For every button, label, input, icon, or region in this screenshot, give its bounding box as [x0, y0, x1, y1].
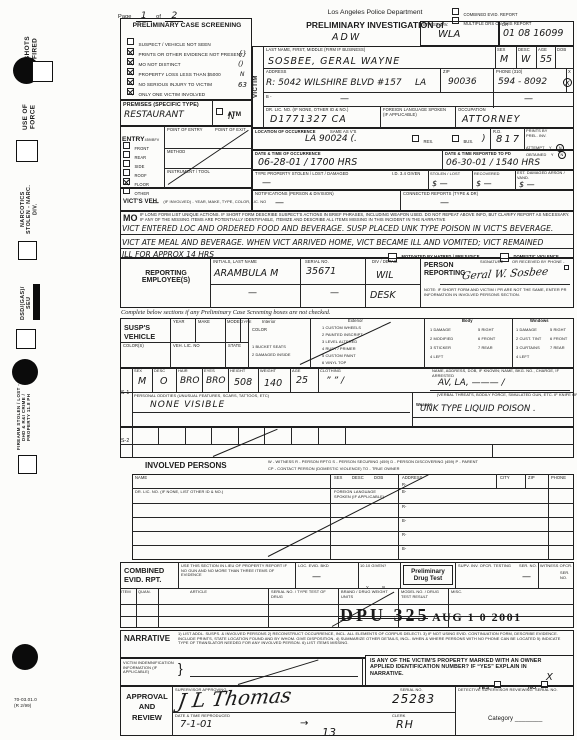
exterior-label: Exterior: [348, 319, 363, 324]
combined-evid-title: COMBINEDEVID. RPT.: [124, 567, 164, 585]
interior-label: Interior: [262, 320, 276, 325]
person-reporting-label: PERSONREPORTING: [424, 262, 466, 277]
mo-line2[interactable]: VICT ATE MEAL AND BEVERAGE. WHEN VICT AR…: [122, 238, 543, 247]
occupation-label: OCCUPATION: [458, 108, 486, 113]
susp-vehicle-label: SUSP'SVEHICLE: [124, 323, 168, 341]
witness-ofcr-label: WITNESS OFCR.: [540, 564, 572, 569]
x-col-mark: X: [563, 78, 572, 87]
connected-reports-label: CONNECTED REPORTS (TYPE & DR): [403, 192, 478, 197]
victim-section-label: VICTIM: [253, 58, 260, 116]
zip-label: ZIP: [443, 70, 450, 75]
mo-line1[interactable]: VICT ENTERED LOC AND ORDERED FOOD AND BE…: [122, 224, 553, 233]
reporting-label: REPORTINGEMPLOYEE(S): [124, 270, 208, 284]
language-label: FOREIGN LANGUAGE SPOKEN (IF APPLICABLE): [383, 108, 449, 118]
screening-item[interactable]: ONLY ONE VICTIM INVOLVED: [127, 83, 205, 101]
body-item: 2 MODIFIED: [430, 337, 453, 342]
narrative-title: NARRATIVE: [124, 634, 170, 643]
arrow-mark: →: [300, 718, 308, 729]
b-address-label: B -: [266, 95, 272, 100]
property-question: IS ANY OF THE VICTIM'S PROPERTY MARKED W…: [370, 658, 548, 677]
page-mark: 13: [322, 726, 336, 739]
interior-color-label: COLOR: [252, 328, 267, 333]
signature-label: SIGNATURE: [480, 260, 503, 265]
recovered-value[interactable]: $ —: [476, 179, 492, 188]
reporting-row2-div[interactable]: DESK: [370, 290, 396, 301]
reporting-row1-serial[interactable]: 35671: [306, 266, 336, 277]
inv-zip-label: ZIP: [528, 476, 535, 481]
firearm-checkbox[interactable]: [18, 455, 37, 474]
model-drug-label: MODEL NO. / DRUG TEST RESULT: [401, 590, 446, 599]
phone-label: PHONE (310): [496, 70, 522, 75]
s1-desc-label: DESC: [154, 369, 165, 374]
body-item: 3 STICKER: [430, 346, 451, 351]
interior-item: 1 BUCKET SEATS: [252, 345, 286, 350]
screening-note: Complete below sections if any Prelimina…: [121, 309, 331, 316]
reporting-row2-name[interactable]: —: [248, 288, 257, 298]
clerk-value[interactable]: RH: [396, 718, 414, 731]
checkbox-icon[interactable]: [127, 88, 134, 95]
windows-item: 6 FRONT: [550, 337, 567, 342]
detective-serial-label: SERIAL NO.: [535, 688, 558, 693]
article-label: ARTICLE: [190, 590, 207, 595]
notifications-label: NOTIFICATIONS (PERSON & DIVISION): [255, 192, 334, 197]
stolen-label: STOLEN / LOST: [430, 172, 460, 177]
police-report-form: SHOTS FIRED USE OF FORCE NARCOTICS STOLE…: [0, 0, 577, 740]
atm-value[interactable]: N: [228, 112, 235, 122]
shots-fired-checkbox[interactable]: [32, 61, 53, 82]
s1-age-label: AGE: [292, 369, 301, 374]
desc-label: DESC: [518, 48, 530, 53]
reporting-row1-div[interactable]: WIL: [376, 270, 394, 281]
dsd-black-bar: [33, 284, 40, 320]
inv-name-label: NAME: [135, 476, 147, 481]
reporting-row1-name[interactable]: ARAMBULA M: [214, 268, 278, 279]
inv-city-label: CITY: [500, 476, 510, 481]
combined-instructions: USE THIS SECTION IN LIEU OF PROPERTY REP…: [181, 564, 293, 578]
windows-item: 7 REAR: [550, 346, 565, 351]
received-by-phone-checkbox[interactable]: [564, 265, 569, 270]
mo-label: MO: [123, 213, 138, 223]
method-label: METHOD: [167, 150, 185, 155]
invest-div-value[interactable]: WLA: [438, 29, 460, 40]
body-item: 1 DAMAGE: [430, 328, 451, 333]
s1-name-label: NAME, ADDRESS, DOB, IF KNOWN; NAME, BKG.…: [432, 369, 572, 378]
s1-age-value[interactable]: 25: [296, 375, 308, 386]
s1-weight-value[interactable]: 140: [264, 378, 282, 389]
serial-drug-label: SERIAL NO. / TYPE TEST OF DRUG: [271, 590, 335, 599]
dob-label: DOB: [557, 48, 566, 53]
inv-drlic-label: DR. LIC. NO. (IF NONE, LIST OTHER ID & N…: [135, 490, 325, 495]
s1-label: S-1: [121, 390, 129, 396]
b-phone-value[interactable]: —: [524, 94, 533, 104]
date-reproduced-value[interactable]: 7-1-01: [180, 719, 213, 730]
ser-no-label: SER. NO.: [519, 564, 537, 569]
location-value[interactable]: LA 90024 (.: [305, 134, 357, 144]
reporting-row2-serial[interactable]: —: [330, 288, 339, 298]
sex-label: SEX: [497, 48, 506, 53]
loc-evid-label: LOC. EVID. BKD: [298, 564, 329, 569]
dr-lic-value[interactable]: D1771327 CA: [270, 114, 347, 125]
misc-label: MISC.: [451, 590, 462, 595]
address-value[interactable]: R: 5042 WILSHIRE BLVD #157: [266, 78, 402, 88]
s1-sex-value[interactable]: M: [138, 376, 146, 387]
narcotics-label: NARCOTICS STOLEN - NARC. DIV.: [20, 180, 39, 238]
exterior-item: 5 CUSTOM PAINT: [322, 354, 356, 359]
dsd-label: DSD/(GAS)/ SEU: [20, 282, 32, 324]
type-label: TYPE: [241, 320, 252, 325]
occupation-value[interactable]: ATTORNEY: [462, 114, 520, 125]
use-of-force-checkbox[interactable]: [16, 140, 38, 162]
div-detail-label: DIV / DETAIL: [372, 260, 397, 265]
reported-date-label: DATE & TIME REPORTED TO PD: [445, 152, 511, 157]
inv-dob-label: DOB: [374, 476, 383, 481]
s1-eyes-label: EYES: [204, 369, 215, 374]
veh-lic-label: VEH. LIC. NO: [173, 344, 200, 349]
body-item: 6 FRONT: [478, 337, 495, 342]
reporting-note: NOTE: IF SHORT FORM AND VICTIM / PR ARE …: [424, 288, 570, 297]
exterior-item: 6 VINYL TOP: [322, 361, 346, 366]
indemnification-label: VICTIM INDEMNIFICATION INFORMATION (IF A…: [123, 661, 175, 675]
item-label: ITEM: [121, 590, 131, 595]
desc-value[interactable]: W: [521, 54, 530, 65]
given-label: 10.10 GIVEN?: [360, 564, 386, 569]
body-item: 5 RIGHT: [478, 328, 494, 333]
exterior-item: 1 CUSTOM WHEELS: [322, 326, 361, 331]
property-type-value[interactable]: —: [262, 178, 271, 188]
sex-value[interactable]: M: [500, 54, 508, 65]
initials-label: INITIALS, LAST NAME: [213, 260, 257, 265]
inv-desc-label: DESC: [352, 476, 364, 481]
windows-item: 5 RIGHT: [550, 328, 566, 333]
checkbox-icon[interactable]: [452, 135, 459, 142]
involved-legend2: CP - CONTACT PERSON (DOMESTIC VIOLENCE) …: [268, 467, 568, 472]
ser-no2-label: SER. NO.: [560, 571, 577, 580]
bus-checkbox-row[interactable]: BUS.: [452, 130, 473, 148]
inv-r-prefix: R-: [402, 533, 407, 538]
approval-serial-value[interactable]: 25283: [392, 692, 435, 706]
divider: [263, 46, 264, 128]
state-label: STATE: [228, 344, 241, 349]
screening-mark: {}: [238, 50, 247, 58]
damaged-value[interactable]: $ —: [519, 180, 535, 189]
vict-veh-label: VICT'S VEH. (IF INVOLVED) - YEAR, MAKE, …: [123, 190, 266, 208]
dr-lic-label: DR. LIC. NO. (IF NONE, OTHER ID & NO.): [266, 108, 378, 113]
screening-mark: N: [240, 71, 245, 78]
form-number-value: 70-03.01.0: [14, 697, 37, 702]
s1-weight-label: WEIGHT: [260, 369, 276, 374]
inv-language-label: FOREIGN LANGUAGE SPOKEN (IF APPLICABLE): [334, 490, 394, 499]
s1-eyes-value[interactable]: BRO: [206, 376, 226, 386]
windows-item: 1 DAMAGE: [516, 328, 537, 333]
weapon-value[interactable]: UNK TYPE LIQUID POISON .: [420, 404, 536, 414]
received-by-phone-label: OR RECEIVED BY PHONE -: [512, 260, 565, 265]
dsd-checkbox[interactable]: [16, 329, 36, 349]
s1-height-label: HEIGHT: [230, 369, 245, 374]
s1-hair-value[interactable]: BRO: [180, 376, 200, 386]
phone-value[interactable]: 594 - 8092: [498, 77, 547, 87]
dr-value[interactable]: 01 08 16099: [503, 28, 563, 39]
x-col-label: X: [568, 70, 571, 75]
checkbox-icon[interactable]: [216, 108, 223, 115]
brace-glyph: }: [178, 660, 183, 676]
screening-mark: (): [238, 60, 243, 68]
firearm-label: FIREARM STOLEN / LOST - DHD & R&I CRIME …: [16, 382, 31, 452]
supv-label: SUPV. INV. OFCR. TESTING: [458, 564, 511, 569]
mo-instructions: IF LONG FORM LIST UNIQUE ACTIONS. IF SHO…: [140, 213, 570, 223]
notifications-value[interactable]: —: [275, 198, 284, 208]
recovered-label: RECOVERED: [474, 172, 500, 177]
address-label: ADDRESS: [266, 70, 287, 75]
no-mark: X: [546, 672, 553, 683]
rd-value[interactable]: 817: [496, 134, 521, 145]
inv-r-prefix: R-: [402, 505, 407, 510]
connected-reports-value[interactable]: —: [440, 198, 449, 208]
id-given-label: I.D. 3.4 GIVEN: [392, 172, 420, 177]
windows-item: 4 LEFT: [516, 355, 529, 360]
body-item: 4 LEFT: [430, 355, 443, 360]
loc-evid-value[interactable]: —: [312, 572, 321, 582]
screening-title: PRELIMINARY CASE SCREENING: [126, 22, 248, 30]
premises-label: PREMISES (SPECIFIC TYPE): [123, 102, 199, 108]
s1-height-value[interactable]: 508: [234, 377, 252, 388]
involved-title: INVOLVED PERSONS: [145, 461, 227, 470]
windows-item: 3 CURTAINS: [516, 346, 540, 351]
inv-b-prefix: B-: [402, 547, 406, 552]
address-city-value[interactable]: LA: [415, 78, 426, 88]
body-item: 7 REAR: [478, 346, 493, 351]
inv-b-prefix: B-: [402, 490, 406, 495]
crime-type-value: ADW: [332, 32, 361, 43]
point-of-entry-label: POINT OF ENTRY: [167, 128, 203, 133]
windows-label: Windows: [530, 319, 549, 324]
approval-title: APPROVALANDREVIEW: [124, 692, 170, 723]
quan-label: QUAN.: [138, 590, 151, 595]
stolen-value[interactable]: $ —: [432, 179, 448, 188]
s1-clothing-value[interactable]: ” ” /: [326, 376, 344, 386]
checkbox-icon[interactable]: [412, 135, 419, 142]
drug-test-label: PreliminaryDrug Test: [405, 568, 451, 583]
colors-label: COLOR(S): [123, 344, 144, 349]
inv-phone-label: PHONE: [551, 476, 566, 481]
s1-clothing-label: CLOTHING: [320, 369, 341, 374]
date-reproduced-label: DATE & TIME REPRODUCED: [175, 714, 230, 719]
detective-reviewing-label: DETECTIVE SUPERVISOR REVIEWING: [458, 688, 533, 693]
interior-item: 2 DAMAGED INSIDE: [252, 353, 291, 358]
body-label: Body: [462, 319, 473, 324]
department-name: Los Angeles Police Department: [290, 9, 460, 16]
zip-value[interactable]: 90036: [448, 77, 477, 87]
point-of-exit-label: POINT OF EXIT: [215, 128, 246, 133]
victim-name-label: LAST NAME, FIRST, MIDDLE (FIRM IF BUSINE…: [266, 48, 365, 53]
use-of-force-label: USE OF FORCE: [22, 96, 37, 138]
s1-oddities-label: PERSONAL ODDITIES (UNUSUAL FEATURES, SCA…: [134, 394, 269, 399]
margin-dot-icon: [12, 644, 38, 670]
involved-legend1: W - WITNESS R - PERSON RPTG S - PERSON S…: [268, 460, 568, 465]
occurrence-date-value[interactable]: 06-28-01 / 1700 HRS: [258, 157, 357, 168]
s1-name-value[interactable]: AV, LA, ——— /: [438, 378, 505, 388]
invest-div-label: INVEST. DIV.: [423, 23, 448, 28]
narcotics-checkbox[interactable]: [18, 241, 37, 260]
form-number: 70-03.01.0 (R 2/99): [14, 697, 54, 708]
s1-sex-label: SEX: [134, 369, 142, 374]
property-type-label: TYPE PROPERTY STOLEN / LOST / DAMAGED: [255, 172, 348, 177]
res-checkbox-row[interactable]: RES.: [412, 130, 433, 148]
s1-oddities-value[interactable]: NONE VISIBLE: [150, 400, 225, 410]
dpu-stamp: DPU 325: [340, 605, 430, 626]
victim-name-value[interactable]: SOSBEE, GERAL WAYNE: [268, 56, 400, 67]
windows-item: 2 CUST. TINT: [516, 337, 541, 342]
damaged-label: EST. DAMAGED ARSON / VAND.: [517, 171, 567, 180]
year-label: YEAR: [173, 320, 185, 325]
age-value[interactable]: 55: [540, 54, 552, 65]
vict-veh-value[interactable]: —: [150, 198, 159, 208]
inv-sex-label: SEX: [334, 476, 343, 481]
narrative-instructions: 1) LIST ADDL. SUSPS. & INVOLVED PERSONS …: [178, 632, 570, 646]
age-label: AGE: [538, 48, 547, 53]
form-rev-value: (R 2/99): [14, 703, 31, 708]
reported-date-value[interactable]: 06-30-01 / 1540 HRS: [446, 158, 540, 168]
suspect2-box: [120, 427, 574, 458]
inv-b-prefix: B-: [402, 519, 406, 524]
location-value-close: ): [482, 134, 486, 144]
s1-desc-value[interactable]: O: [160, 376, 167, 387]
ser-no-value[interactable]: —: [522, 572, 531, 582]
premises-value[interactable]: RESTAURANT: [124, 110, 184, 120]
s1-hair-label: HAIR: [178, 369, 188, 374]
b-address-value[interactable]: —: [340, 94, 349, 104]
date-stamp: AUG 1 0 2001: [432, 610, 522, 625]
screening-mark: 63: [238, 81, 247, 89]
serial-label: SERIAL NO.: [305, 260, 329, 265]
make-label: MAKE: [198, 320, 210, 325]
category-label: Category ________: [488, 716, 542, 723]
